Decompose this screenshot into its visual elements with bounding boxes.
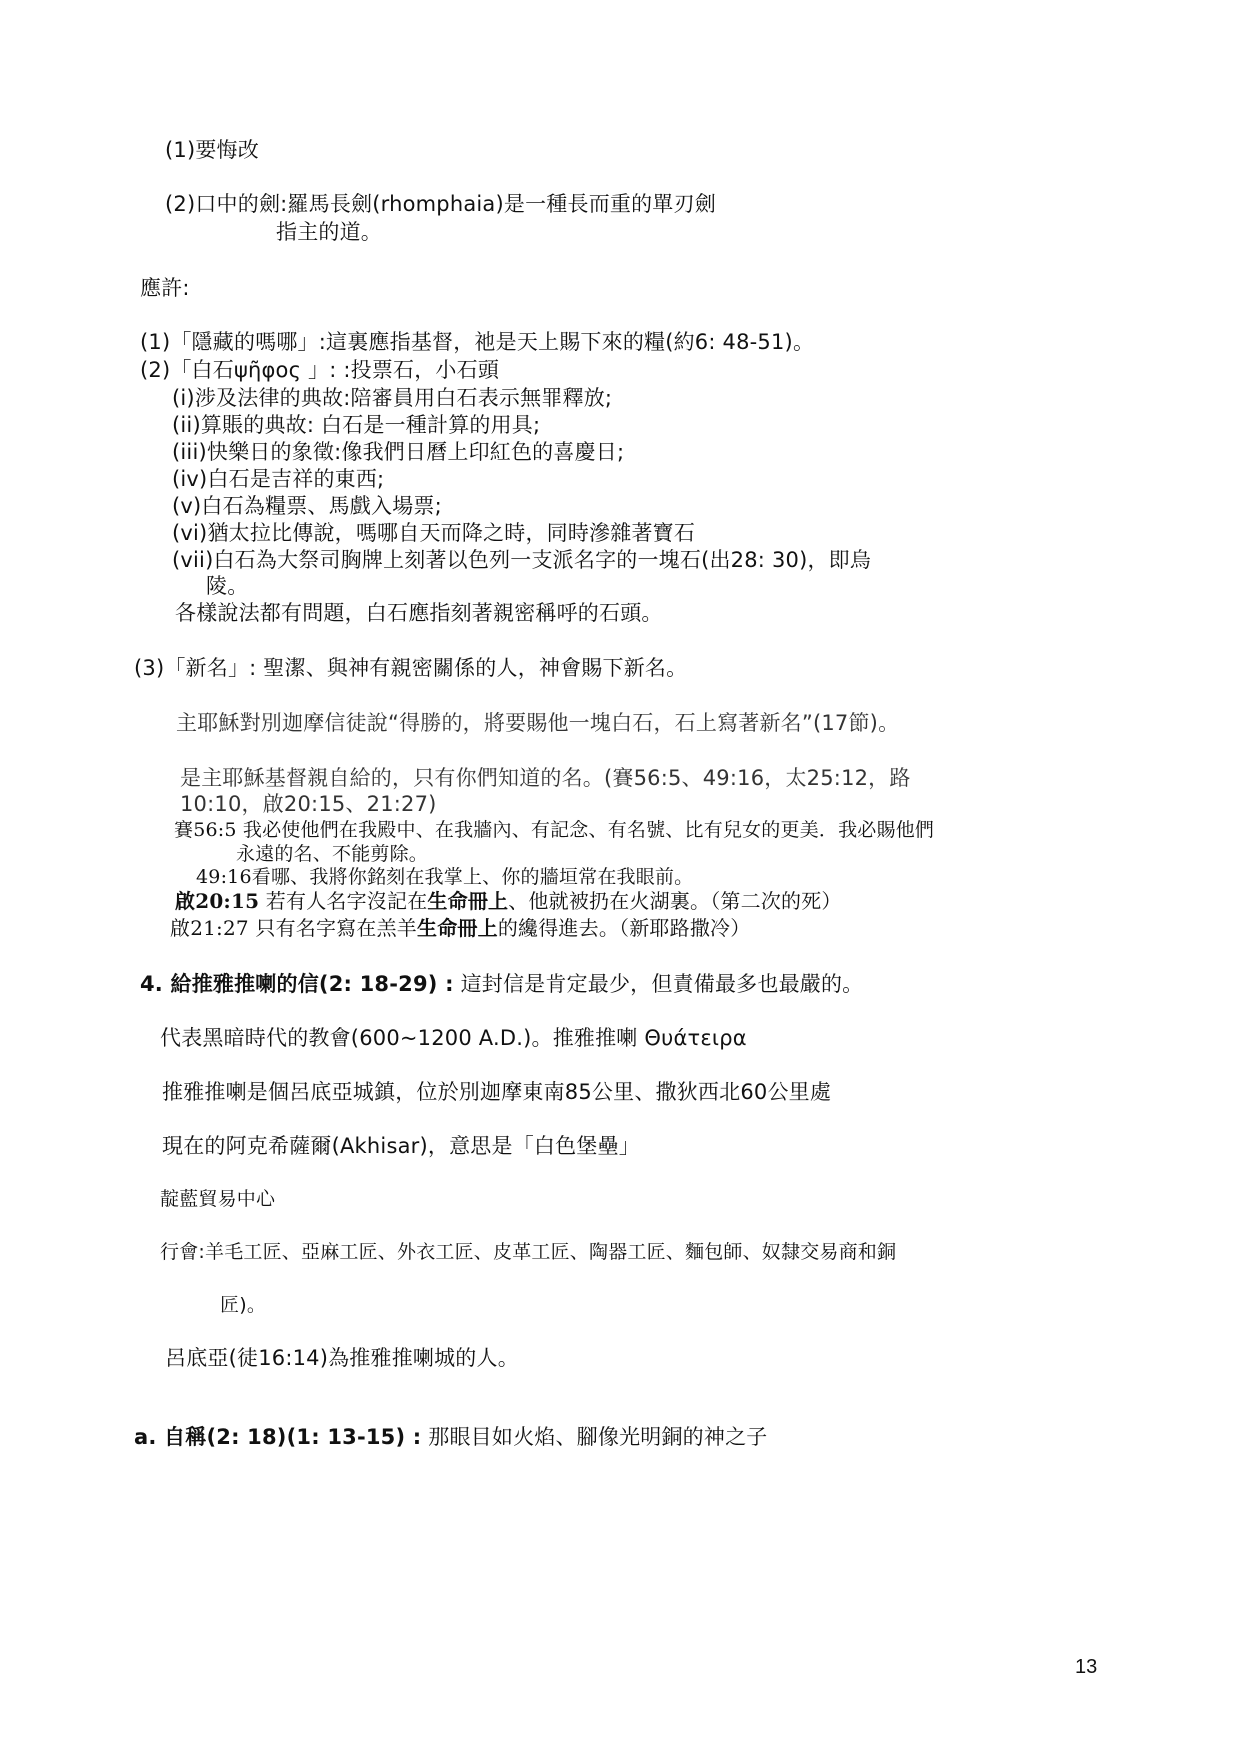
- emphasis: 生命冊上: [427, 889, 508, 913]
- sword-item-line1: (2)口中的劍:羅馬長劍(rhomphaia)是一種長而重的單刃劍: [165, 190, 716, 218]
- section-heading-thyatira: 4. 給推雅推喇的信(2: 18-29) : 這封信是肯定最少，但責備最多也最嚴…: [140, 970, 863, 998]
- white-stone-meaning: (vi)猶太拉比傳說，嗎哪自天而降之時，同時滲雜著寶石: [172, 519, 695, 547]
- thyatira-modern-name: 現在的阿克希薩爾(Akhisar)，意思是「白色堡壘」: [162, 1132, 640, 1160]
- self-title-heading: a. 自稱(2: 18)(1: 13-15) : 那眼目如火焰、腳像光明銅的神之…: [134, 1423, 767, 1451]
- white-stone-meaning: (iv)白石是吉祥的東西;: [172, 465, 384, 493]
- hidden-manna-item: (1)「隱藏的嗎哪」:這裏應指基督，祂是天上賜下來的糧(約6: 48-51)。: [140, 328, 814, 356]
- verse-ref: 啟21:27: [170, 916, 249, 940]
- white-stone-meaning: (i)涉及法律的典故:陪審員用白石表示無罪釋放;: [172, 384, 612, 412]
- page-number: 13: [1075, 1656, 1097, 1679]
- lydia-note: 呂底亞(徒16:14)為推雅推喇城的人。: [165, 1344, 519, 1372]
- thyatira-guilds-line1: 行會:羊毛工匠、亞麻工匠、外衣工匠、皮革工匠、陶器工匠、麵包師、奴隸交易商和銅: [160, 1238, 896, 1266]
- repent-item-1: (1)要悔改: [165, 136, 259, 164]
- promise-heading: 應許:: [140, 274, 190, 302]
- white-stone-meaning: (v)白石為糧票、馬戲入場票;: [172, 492, 442, 520]
- thyatira-era: 代表黑暗時代的教會(600~1200 A.D.)。推雅推喇 Θυάτειρα: [160, 1024, 747, 1052]
- white-stone-meaning: (ii)算賬的典故: 白石是一種計算的用具;: [172, 411, 540, 439]
- thyatira-guilds-line2: 匠)。: [220, 1291, 266, 1319]
- white-stone-meaning: (iii)快樂日的象徵:像我們日曆上印紅色的喜慶日;: [172, 438, 624, 466]
- new-name-given-line1: 是主耶穌基督親自給的，只有你們知道的名。(賽56:5、49:16，太25:12，…: [180, 764, 911, 792]
- thyatira-location: 推雅推喇是個呂底亞城鎮，位於別迦摩東南85公里、撒狄西北60公里處: [162, 1078, 831, 1106]
- revelation-20-15: 啟20:15 若有人名字沒記在生命冊上、他就被扔在火湖裏。（第二次的死）: [175, 887, 842, 915]
- sword-item-line2: 指主的道。: [276, 218, 382, 246]
- new-name-given-line2: 10:10，啟20:15、21:27): [180, 790, 437, 818]
- white-stone-conclusion: 各樣說法都有問題，白石應指刻著親密稱呼的石頭。: [175, 599, 663, 627]
- verse-ref: 啟20:15: [175, 889, 259, 913]
- emphasis: 生命冊上: [417, 916, 498, 940]
- new-name-item: (3)「新名」: 聖潔、與神有親密關係的人，神會賜下新名。: [134, 654, 687, 682]
- jesus-quote: 主耶穌對別迦摩信徒說“得勝的，將要賜他一塊白石，石上寫著新名”(17節)。: [176, 709, 899, 737]
- white-stone-meaning-cont: 陵。: [206, 572, 248, 600]
- white-stone-meaning: (vii)白石為大祭司胸牌上刻著以色列一支派名字的一塊石(出28: 30)，即烏: [172, 546, 871, 574]
- thyatira-trade: 靛藍貿易中心: [160, 1185, 275, 1213]
- revelation-21-27: 啟21:27 只有名字寫在羔羊生命冊上的纔得進去。（新耶路撒冷）: [170, 914, 750, 942]
- white-stone-item: (2)「白石ψῆφος 」: :投票石，小石頭: [140, 356, 499, 384]
